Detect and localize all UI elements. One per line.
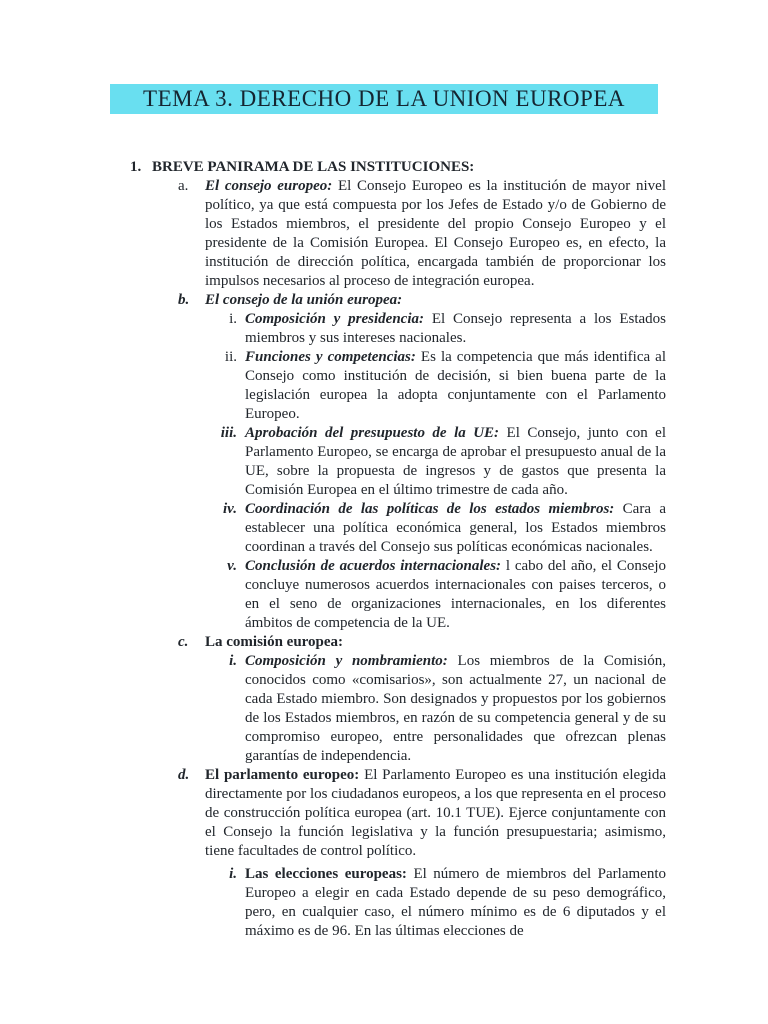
list-marker: i.	[205, 652, 245, 671]
list-item-lead: Aprobación del presupuesto de la UE:	[245, 425, 499, 441]
list-item-text: Coordinación de las políticas de los est…	[245, 500, 666, 557]
list-marker: c.	[178, 633, 205, 652]
list-item-b-ii: ii. Funciones y competencias: Es la comp…	[205, 348, 666, 424]
list-marker: d.	[178, 766, 205, 785]
list-marker: ii.	[205, 348, 245, 367]
list-item-d: d. El parlamento europeo: El Parlamento …	[178, 766, 666, 861]
page-title-text: TEMA 3. DERECHO DE LA UNION EUROPEA	[143, 86, 625, 111]
list-item-b-i: i. Composición y presidencia: El Consejo…	[205, 310, 666, 348]
outline-heading: 1. BREVE PANIRAMA DE LAS INSTITUCIONES:	[130, 158, 666, 177]
list-item-c: c. La comisión europea:	[178, 633, 666, 652]
outline-heading-text: BREVE PANIRAMA DE LAS INSTITUCIONES:	[152, 158, 666, 177]
list-marker: iii.	[205, 424, 245, 443]
list-marker: i.	[205, 865, 245, 884]
list-item-a: a. El consejo europeo: El Consejo Europe…	[178, 177, 666, 291]
document-content: 1. BREVE PANIRAMA DE LAS INSTITUCIONES: …	[130, 158, 666, 941]
list-item-text: Conclusión de acuerdos internacionales: …	[245, 557, 666, 633]
list-marker: b.	[178, 291, 205, 310]
list-item-b-v: v. Conclusión de acuerdos internacionale…	[205, 557, 666, 633]
list-item-lead: Composición y nombramiento:	[245, 653, 448, 669]
list-item-b: b. El consejo de la unión europea:	[178, 291, 666, 310]
list-item-text: Funciones y competencias: Es la competen…	[245, 348, 666, 424]
document-page: TEMA 3. DERECHO DE LA UNION EUROPEA 1. B…	[0, 0, 768, 1024]
list-marker: a.	[178, 177, 205, 196]
page-title: TEMA 3. DERECHO DE LA UNION EUROPEA	[110, 84, 658, 114]
list-marker: v.	[205, 557, 245, 576]
list-item-body: El Consejo Europeo es la institución de …	[205, 178, 666, 289]
list-item-lead: Composición y presidencia:	[245, 311, 424, 327]
list-item-text: La comisión europea:	[205, 633, 666, 652]
list-marker: iv.	[205, 500, 245, 519]
list-item-lead: El consejo europeo:	[205, 178, 332, 194]
list-item-text: El parlamento europeo: El Parlamento Eur…	[205, 766, 666, 861]
list-item-text: El consejo de la unión europea:	[205, 291, 666, 310]
list-item-lead: Funciones y competencias:	[245, 349, 416, 365]
list-item-text: Las elecciones europeas: El número de mi…	[245, 865, 666, 941]
list-item-body: Los miembros de la Comisión, conocidos c…	[245, 653, 666, 764]
list-item-text: Composición y nombramiento: Los miembros…	[245, 652, 666, 766]
list-item-text: Composición y presidencia: El Consejo re…	[245, 310, 666, 348]
outline-heading-number: 1.	[130, 158, 152, 177]
list-item-lead: El parlamento europeo:	[205, 767, 359, 783]
list-item-lead: Las elecciones europeas:	[245, 866, 407, 882]
list-item-text: Aprobación del presupuesto de la UE: El …	[245, 424, 666, 500]
list-item-lead: El consejo de la unión europea:	[205, 292, 402, 308]
list-item-d-i: i. Las elecciones europeas: El número de…	[205, 865, 666, 941]
list-item-lead: La comisión europea:	[205, 634, 343, 650]
list-marker: i.	[205, 310, 245, 329]
list-item-lead: Coordinación de las políticas de los est…	[245, 501, 614, 517]
list-item-lead: Conclusión de acuerdos internacionales:	[245, 558, 501, 574]
list-item-text: El consejo europeo: El Consejo Europeo e…	[205, 177, 666, 291]
list-item-b-iv: iv. Coordinación de las políticas de los…	[205, 500, 666, 557]
list-item-b-iii: iii. Aprobación del presupuesto de la UE…	[205, 424, 666, 500]
list-item-c-i: i. Composición y nombramiento: Los miemb…	[205, 652, 666, 766]
